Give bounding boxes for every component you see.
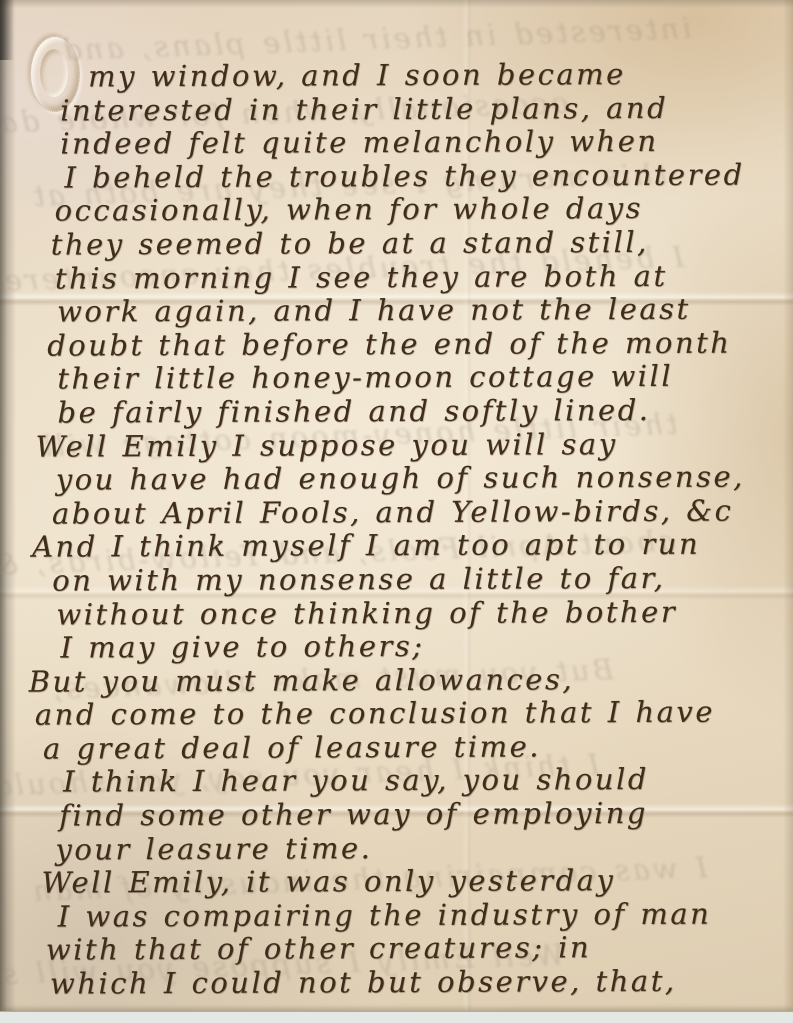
letter-line: doubt that before the end of the month (47, 326, 792, 363)
letter-line: Well Emily, it was only yesterday (41, 864, 793, 901)
letter-line: Well Emily I suppose you will say (36, 427, 793, 464)
letter-line: find some other way of employing (59, 796, 793, 833)
letter-line: you have had enough of such nonsense, (56, 460, 793, 497)
letter-line: And I think myself I am too apt to run (32, 528, 793, 565)
letter-scan-page: interested in their little plans, and oc… (0, 0, 793, 1023)
letter-line: I was compairing the industry of man (58, 897, 793, 934)
letter-line: on with my nonsense a little to far, (52, 561, 793, 598)
letter-line: I beheld the troubles they encountered (64, 158, 791, 195)
letter-line: without once thinking of the bother (56, 595, 793, 632)
letter-line: be fairly finished and softly lined. (57, 393, 792, 430)
letter-line: indeed felt quite melancholy when (60, 125, 791, 162)
letter-line: which I could not but observe, that, (50, 964, 793, 1001)
letter-line: they seemed to be at a stand still, (51, 225, 792, 262)
letter-line: this morning I see they are both at (55, 259, 792, 296)
letter-line: work again, and I have not the least (57, 292, 792, 329)
letter-text: my window, and I soon became interested … (26, 57, 793, 1001)
letter-line: my window, and I soon became (88, 57, 791, 94)
letter-line: interested in their little plans, and (60, 91, 791, 128)
letter-line: I think I hear you say, you should (63, 763, 793, 800)
letter-line: your leasure time. (55, 830, 793, 867)
letter-line: a great deal of leasure time. (43, 729, 793, 766)
letter-line: about April Fools, and Yellow-birds, &c (52, 494, 793, 531)
letter-line: But you must make allowances, (29, 662, 793, 699)
letter-line: their little honey-moon cottage will (57, 360, 792, 397)
letter-line: occasionally, when for whole days (55, 192, 792, 229)
letter-line: and come to the conclusion that I have (35, 696, 793, 733)
letter-line: I may give to others; (60, 628, 793, 665)
letter-line: with that of other creatures; in (46, 931, 793, 968)
